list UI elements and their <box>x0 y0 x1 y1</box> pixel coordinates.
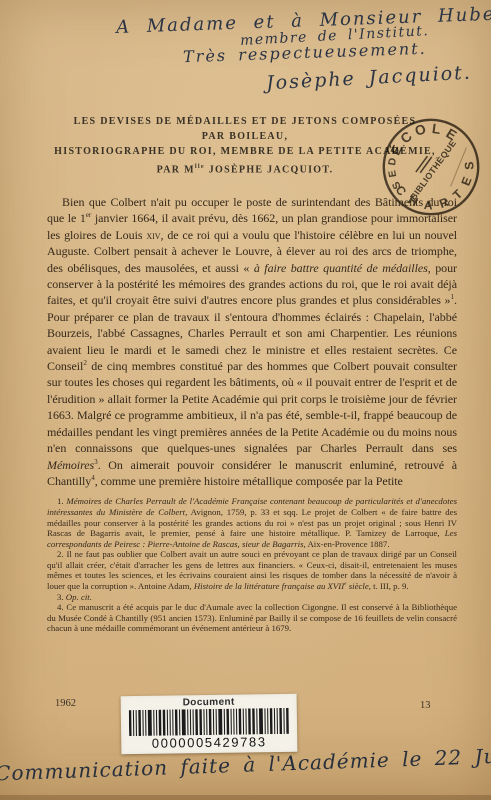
barcode-bar <box>182 709 186 735</box>
barcode-bar <box>248 708 251 734</box>
barcode-bar <box>159 710 162 736</box>
dedication-signature: Josèphe Jacquiot. <box>266 62 473 95</box>
scanned-document-page: A Madame et à Monsieur Hubert membre de … <box>0 0 491 800</box>
barcode-bar <box>142 710 143 736</box>
barcode-bar <box>193 709 194 735</box>
barcode-bar <box>218 709 222 735</box>
barcode-bar <box>169 710 170 736</box>
barcode-bar <box>259 708 263 734</box>
barcode-bar <box>148 710 152 736</box>
barcode-bar <box>233 709 234 735</box>
barcode-bar <box>199 709 202 735</box>
barcode-bar <box>175 709 178 735</box>
body-paragraph: Bien que Colbert n'ait pu occuper le pos… <box>47 194 457 489</box>
barcode-bar <box>270 708 273 734</box>
barcode-bar <box>153 710 154 736</box>
barcode-bar <box>286 708 289 734</box>
barcode-bar <box>203 709 204 735</box>
barcode-bar <box>236 709 237 735</box>
barcode-bar <box>172 709 173 735</box>
stamp-ring-letter: E <box>387 169 399 178</box>
barcode-number: 0000005429783 <box>121 734 297 751</box>
barcode-bar <box>187 709 188 735</box>
barcode-bar <box>190 709 191 735</box>
barcode-bar <box>243 709 244 735</box>
barcode-bar <box>129 710 132 736</box>
barcode-bar <box>267 708 268 734</box>
printed-content: Bien que Colbert n'ait pu occuper le pos… <box>47 194 457 634</box>
footnote: 4. Ce manuscrit a été acquis par le duc … <box>47 602 457 634</box>
barcode-bar <box>279 708 282 734</box>
stamp-ring-letter: L <box>431 121 441 137</box>
barcode-bar <box>195 709 198 735</box>
barcode-bar <box>145 710 146 736</box>
footnote: 3. Op. cit. <box>47 592 457 603</box>
scan-bottom-edge <box>0 795 491 800</box>
dedication-line-3: Très respectueusement. <box>183 39 427 66</box>
barcode-bar <box>216 709 217 735</box>
barcode-bar <box>136 710 137 736</box>
barcode-bar <box>167 710 168 736</box>
barcode-bar <box>274 708 275 734</box>
barcode-bar <box>239 709 242 735</box>
barcode-bar <box>156 710 157 736</box>
barcode-bar <box>133 710 134 736</box>
page-number: 13 <box>420 700 431 711</box>
barcode-bar <box>283 708 284 734</box>
barcode-icon <box>129 708 289 736</box>
barcode-sticker: Document 0000005429783 <box>121 694 298 754</box>
stamp-ring-letter: O <box>413 121 428 138</box>
barcode-bar <box>138 710 141 736</box>
barcode-bar <box>252 708 255 734</box>
barcode-bar <box>179 709 180 735</box>
footer-year: 1962 <box>55 698 76 709</box>
barcode-bar <box>206 709 207 735</box>
title-author-name: JOSÈPHE JACQUIOT. <box>205 164 334 175</box>
barcode-bar <box>163 710 166 736</box>
barcode-bar <box>245 708 246 734</box>
barcode-bar <box>213 709 214 735</box>
barcode-bar <box>209 709 212 735</box>
stamp-ring-letter: D <box>387 157 399 166</box>
barcode-bar <box>277 708 278 734</box>
footnote: 1. Mémoires de Charles Perrault de l'Aca… <box>47 496 457 549</box>
barcode-bar <box>224 709 225 735</box>
footnote: 2. Il ne faut pas oublier que Colbert av… <box>47 549 457 591</box>
barcode-bar <box>230 709 231 735</box>
barcode-bar <box>226 709 229 735</box>
stamp-ring-letter: E <box>459 175 475 188</box>
title-author-prefix: PAR M <box>157 164 195 175</box>
barcode-bar <box>264 708 265 734</box>
barcode-bar <box>256 708 257 734</box>
stamp-ring-letter: S <box>462 161 476 170</box>
footnotes-block: 1. Mémoires de Charles Perrault de l'Aca… <box>47 496 457 634</box>
title-author-sup: lle <box>195 163 205 170</box>
